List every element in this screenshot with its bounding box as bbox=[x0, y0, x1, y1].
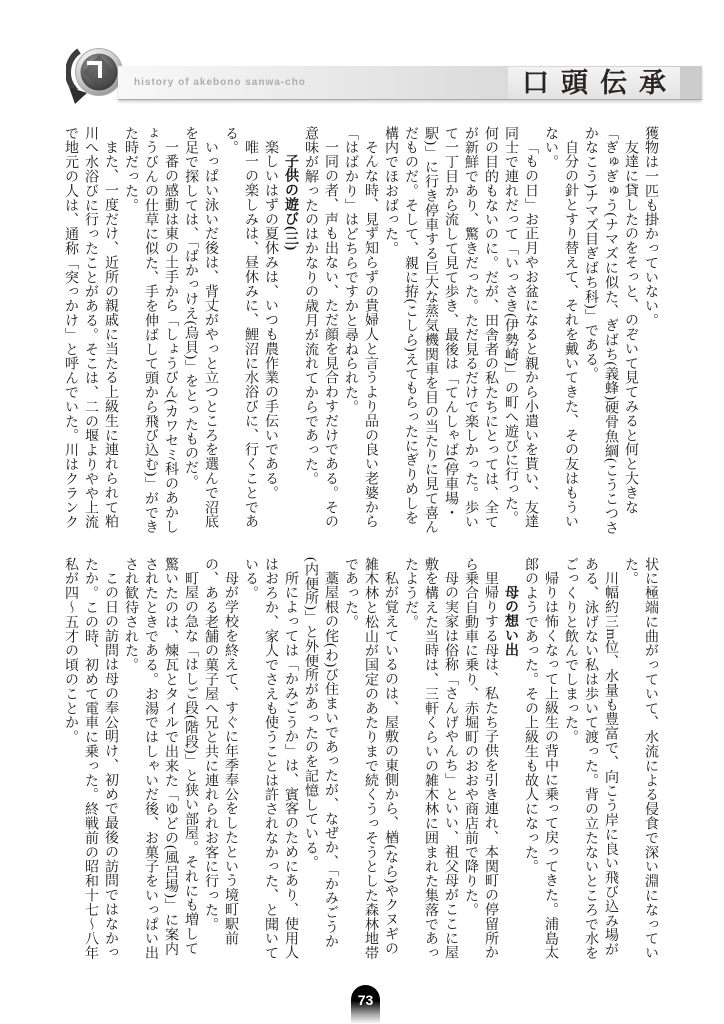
section-heading: 母の想い出 bbox=[500, 557, 520, 967]
paragraph: 唯一の楽しみは、昼休みに、鯉沼に水浴びに、行くことである。 bbox=[220, 126, 260, 536]
paragraph: 状に極端に曲がっていて、水流による侵食で深い淵になっていた。 bbox=[620, 557, 660, 967]
paragraph: この日の訪問は母の奉公明け、初めで最後の訪問ではなかったか。この時、初めて電車に… bbox=[60, 557, 120, 967]
history-clock-icon bbox=[66, 44, 126, 108]
paragraph: 友達に貸したのをそっと、のぞいて見てみると何と大きな「ぎゅぎゅう(ナマズに似た、… bbox=[580, 126, 640, 536]
paragraph: 町屋の急な「はしご段(階段)」と狭い部屋。それにも増して驚いたのは、煉瓦とタイル… bbox=[120, 557, 200, 967]
paragraph: そんな時、見ず知らずの貴婦人と言うより品の良い老婆から「はばかり」はどちらですか… bbox=[340, 126, 380, 536]
paragraph: 藁屋根の侘(わ)び住まいであったが、なぜか、「かみごうか(内便所)」と外便所があ… bbox=[300, 557, 340, 967]
paragraph: 私が覚えているのは、屋敷の東側から、楢(なら)やクヌギの雑木林と松山が国定のあた… bbox=[340, 557, 400, 967]
paragraph: 「もの日」お正月やお盆になると親から小遣いを貰い、友達同士で連れだって「いっさき… bbox=[380, 126, 540, 536]
page-title: 口頭伝承 bbox=[508, 67, 680, 99]
paragraph: 母が学校を終えて、すぐに年季奉公をしたという境町駅前の、ある老舗の菓子屋へ兄と共… bbox=[200, 557, 240, 967]
paragraph: 所によっては「かみごうか」は、賓客のためにあり、使用人はおろか、家人でさえも使う… bbox=[240, 557, 300, 967]
paragraph: 帰りは怖くなって上級生の背中に乗って戻ってきた。浦島太郎のようであった。その上級… bbox=[520, 557, 560, 967]
paragraph: 一同の者、声も出ない、ただ顔を見合わすだけである。その意味が解ったのはかなりの歳… bbox=[300, 126, 340, 536]
paragraph: 一番の感動は東の土手から「しょうびん(カワセミ科のあかしょうびんの仕草に似た、手… bbox=[120, 126, 180, 536]
paragraph: 楽しいはずの夏休みは、いつも農作業の手伝いである。 bbox=[260, 126, 280, 536]
page-number-badge: 73 bbox=[351, 985, 380, 1024]
page-number: 73 bbox=[358, 992, 374, 1008]
paragraph: 川幅約三m位、水量も豊富で、向こう岸に良い飛び込み場がある、泳げない私は歩いて渡… bbox=[560, 557, 620, 967]
header-subtitle: history of akebono sanwa-cho bbox=[134, 77, 306, 88]
section-heading: 子供の遊び(三) bbox=[280, 126, 300, 536]
paragraph: 里帰りする母は、私たち子供を引き連れ、本関町の停留所から乗合自動車に乗り、赤堀町… bbox=[460, 557, 500, 967]
paragraph: また、一度だけ、近所の親戚に当たる上級生に連れられて粕川へ水浴びに行ったことがあ… bbox=[60, 126, 120, 536]
paragraph: いっぱい泳いだ後は、背丈がやっと立つところを選んで沼底を足で探しては、「ばかっけ… bbox=[180, 126, 220, 536]
header-band: history of akebono sanwa-cho 口頭伝承 bbox=[118, 66, 702, 100]
book-page: history of akebono sanwa-cho 口頭伝承 獲物は一匹も… bbox=[0, 0, 724, 1024]
paragraph: 母の実家は俗称「さんげやんち」といい、祖父母がここに屋敷を構えた当時は、三軒くら… bbox=[400, 557, 460, 967]
paragraph: 自分の針とすり替えて、それを戴いてきた、その友はもういない。 bbox=[540, 126, 580, 536]
text-block-top: 獲物は一匹も掛かっていない。 友達に貸したのをそっと、のぞいて見てみると何と大き… bbox=[54, 126, 660, 536]
paragraph: 獲物は一匹も掛かっていない。 bbox=[640, 126, 660, 536]
text-block-bottom: 状に極端に曲がっていて、水流による侵食で深い淵になっていた。 川幅約三m位、水量… bbox=[54, 557, 660, 967]
